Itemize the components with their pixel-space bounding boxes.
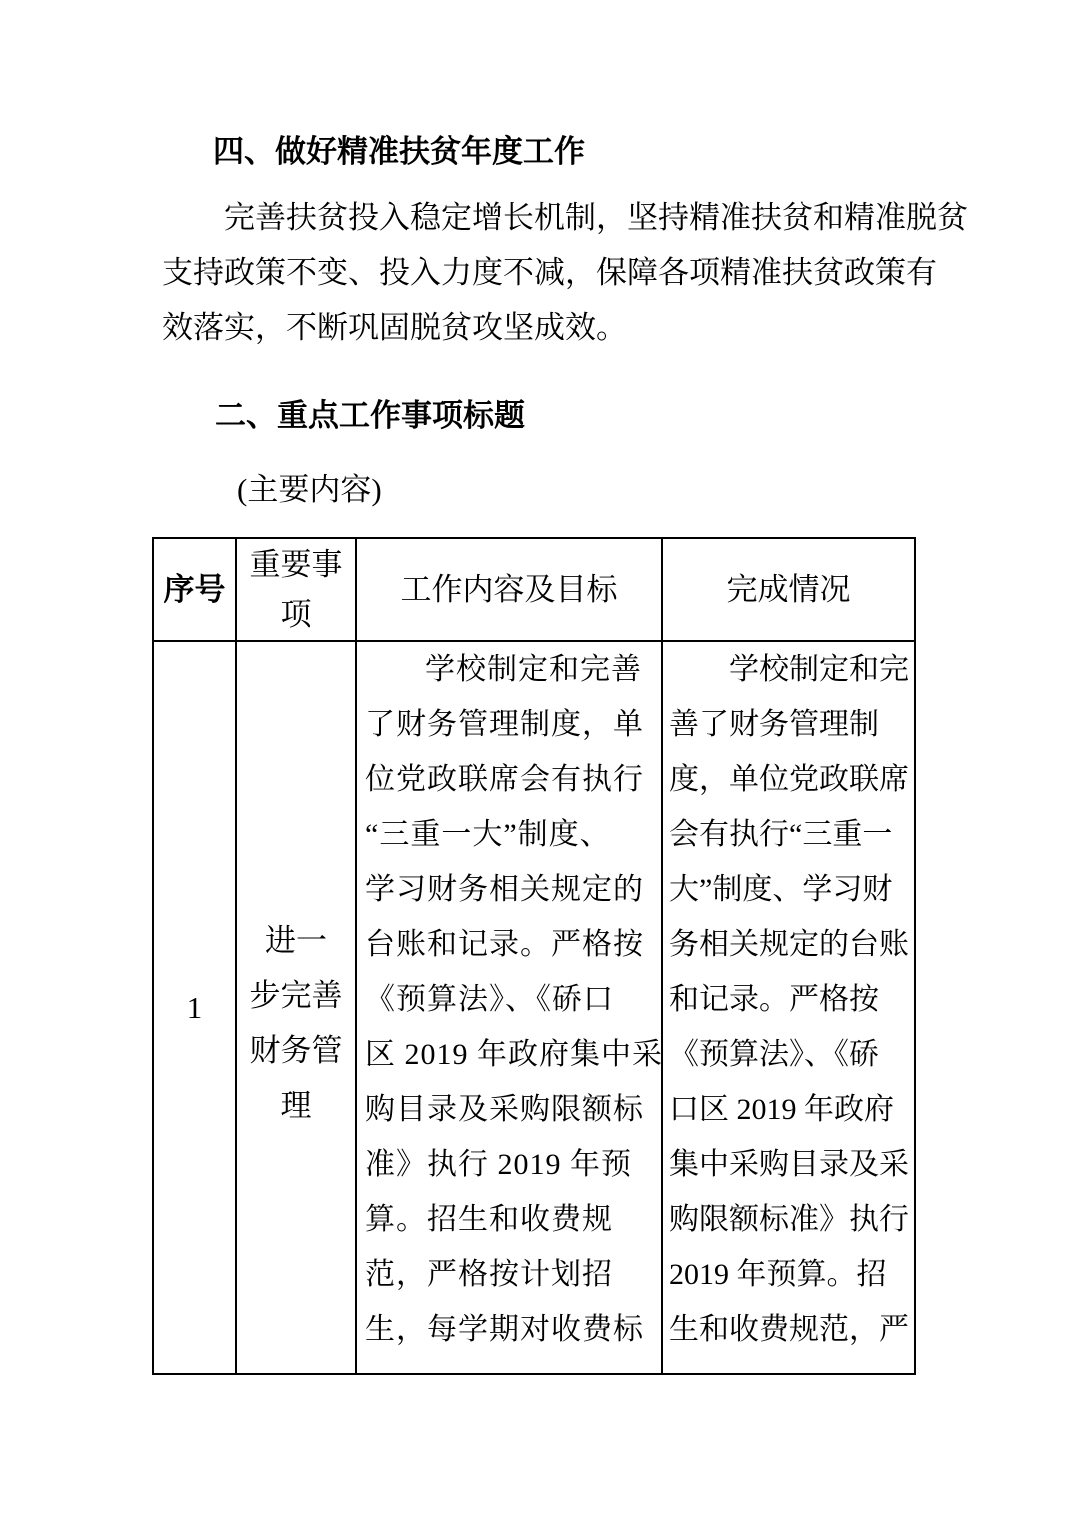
row-status-cell: 学校制定和完 善了财务管理制 度，单位党政联席 会有执行“三重一 大”制度、学习… bbox=[662, 641, 915, 1374]
document-page: 四、做好精准扶贫年度工作 完善扶贫投入稳定增长机制，坚持精准扶贫和精准脱贫 支持… bbox=[0, 0, 1075, 1520]
section-heading-four: 四、做好精准扶贫年度工作 bbox=[213, 134, 585, 170]
row-item-cell: 进一 步完善 财务管 理 bbox=[236, 641, 356, 1374]
header-cell-content: 工作内容及目标 bbox=[356, 538, 662, 641]
header-cell-item: 重要事 项 bbox=[236, 538, 356, 641]
row-index-cell: 1 bbox=[153, 641, 236, 1374]
table-header-row: 序号 重要事 项 工作内容及目标 完成情况 bbox=[153, 538, 915, 641]
header-cell-index: 序号 bbox=[153, 538, 236, 641]
header-cell-status: 完成情况 bbox=[662, 538, 915, 641]
table-row: 1 进一 步完善 财务管 理 学校制定和完善 了财务管理制度，单 位党政联席会有… bbox=[153, 641, 915, 1374]
table-caption: (主要内容) bbox=[237, 471, 382, 509]
intro-paragraph: 完善扶贫投入稳定增长机制，坚持精准扶贫和精准脱贫 支持政策不变、投入力度不减，保… bbox=[162, 190, 942, 355]
work-items-table: 序号 重要事 项 工作内容及目标 完成情况 1 进一 步完善 财务管 理 学校制… bbox=[152, 537, 916, 1375]
row-content-cell: 学校制定和完善 了财务管理制度，单 位党政联席会有执行 “三重一大”制度、 学习… bbox=[356, 641, 662, 1374]
section-heading-two: 二、重点工作事项标题 bbox=[215, 398, 525, 434]
